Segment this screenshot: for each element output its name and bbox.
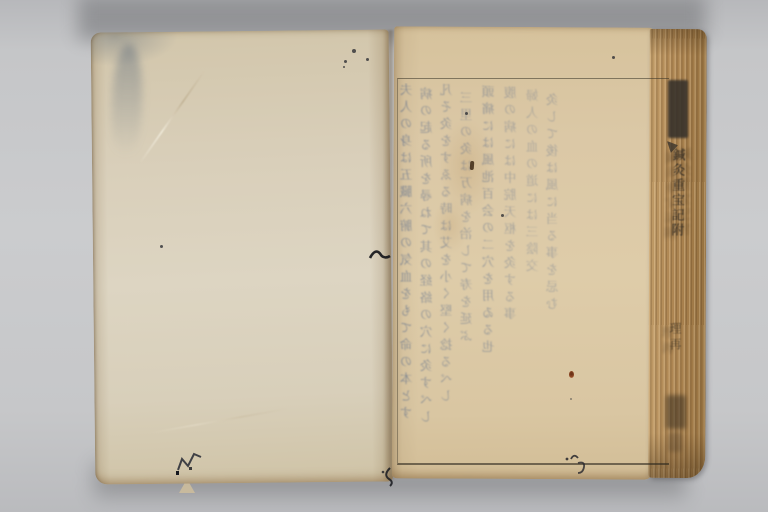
ink-speck bbox=[344, 60, 347, 63]
ink-zigzag-mark bbox=[172, 446, 208, 476]
ink-speck bbox=[366, 58, 369, 61]
edge-ink-smudge bbox=[668, 432, 682, 452]
gutter-page-catch-mark bbox=[380, 466, 400, 488]
ink-speck bbox=[501, 214, 504, 217]
red-spot bbox=[569, 371, 574, 378]
ink-speck bbox=[570, 398, 572, 400]
ink-speck bbox=[352, 49, 356, 53]
ink-speck bbox=[612, 56, 615, 59]
ink-speck bbox=[465, 112, 468, 115]
edge-ink-block bbox=[668, 80, 688, 138]
photo-open-book: 夫人の身は五臓六腑の気血をもて命の本とす 病の起る所を尋ねて其の経絡の穴に灸すべ… bbox=[0, 0, 768, 512]
text-frame-border bbox=[397, 78, 669, 465]
dark-dash-stain bbox=[470, 161, 475, 170]
ink-check-mark bbox=[564, 450, 594, 478]
ink-speck bbox=[343, 66, 345, 68]
edge-ink-smudge bbox=[666, 395, 686, 429]
gutter-wavy-ink-mark bbox=[368, 248, 392, 264]
ink-speck bbox=[160, 245, 163, 248]
